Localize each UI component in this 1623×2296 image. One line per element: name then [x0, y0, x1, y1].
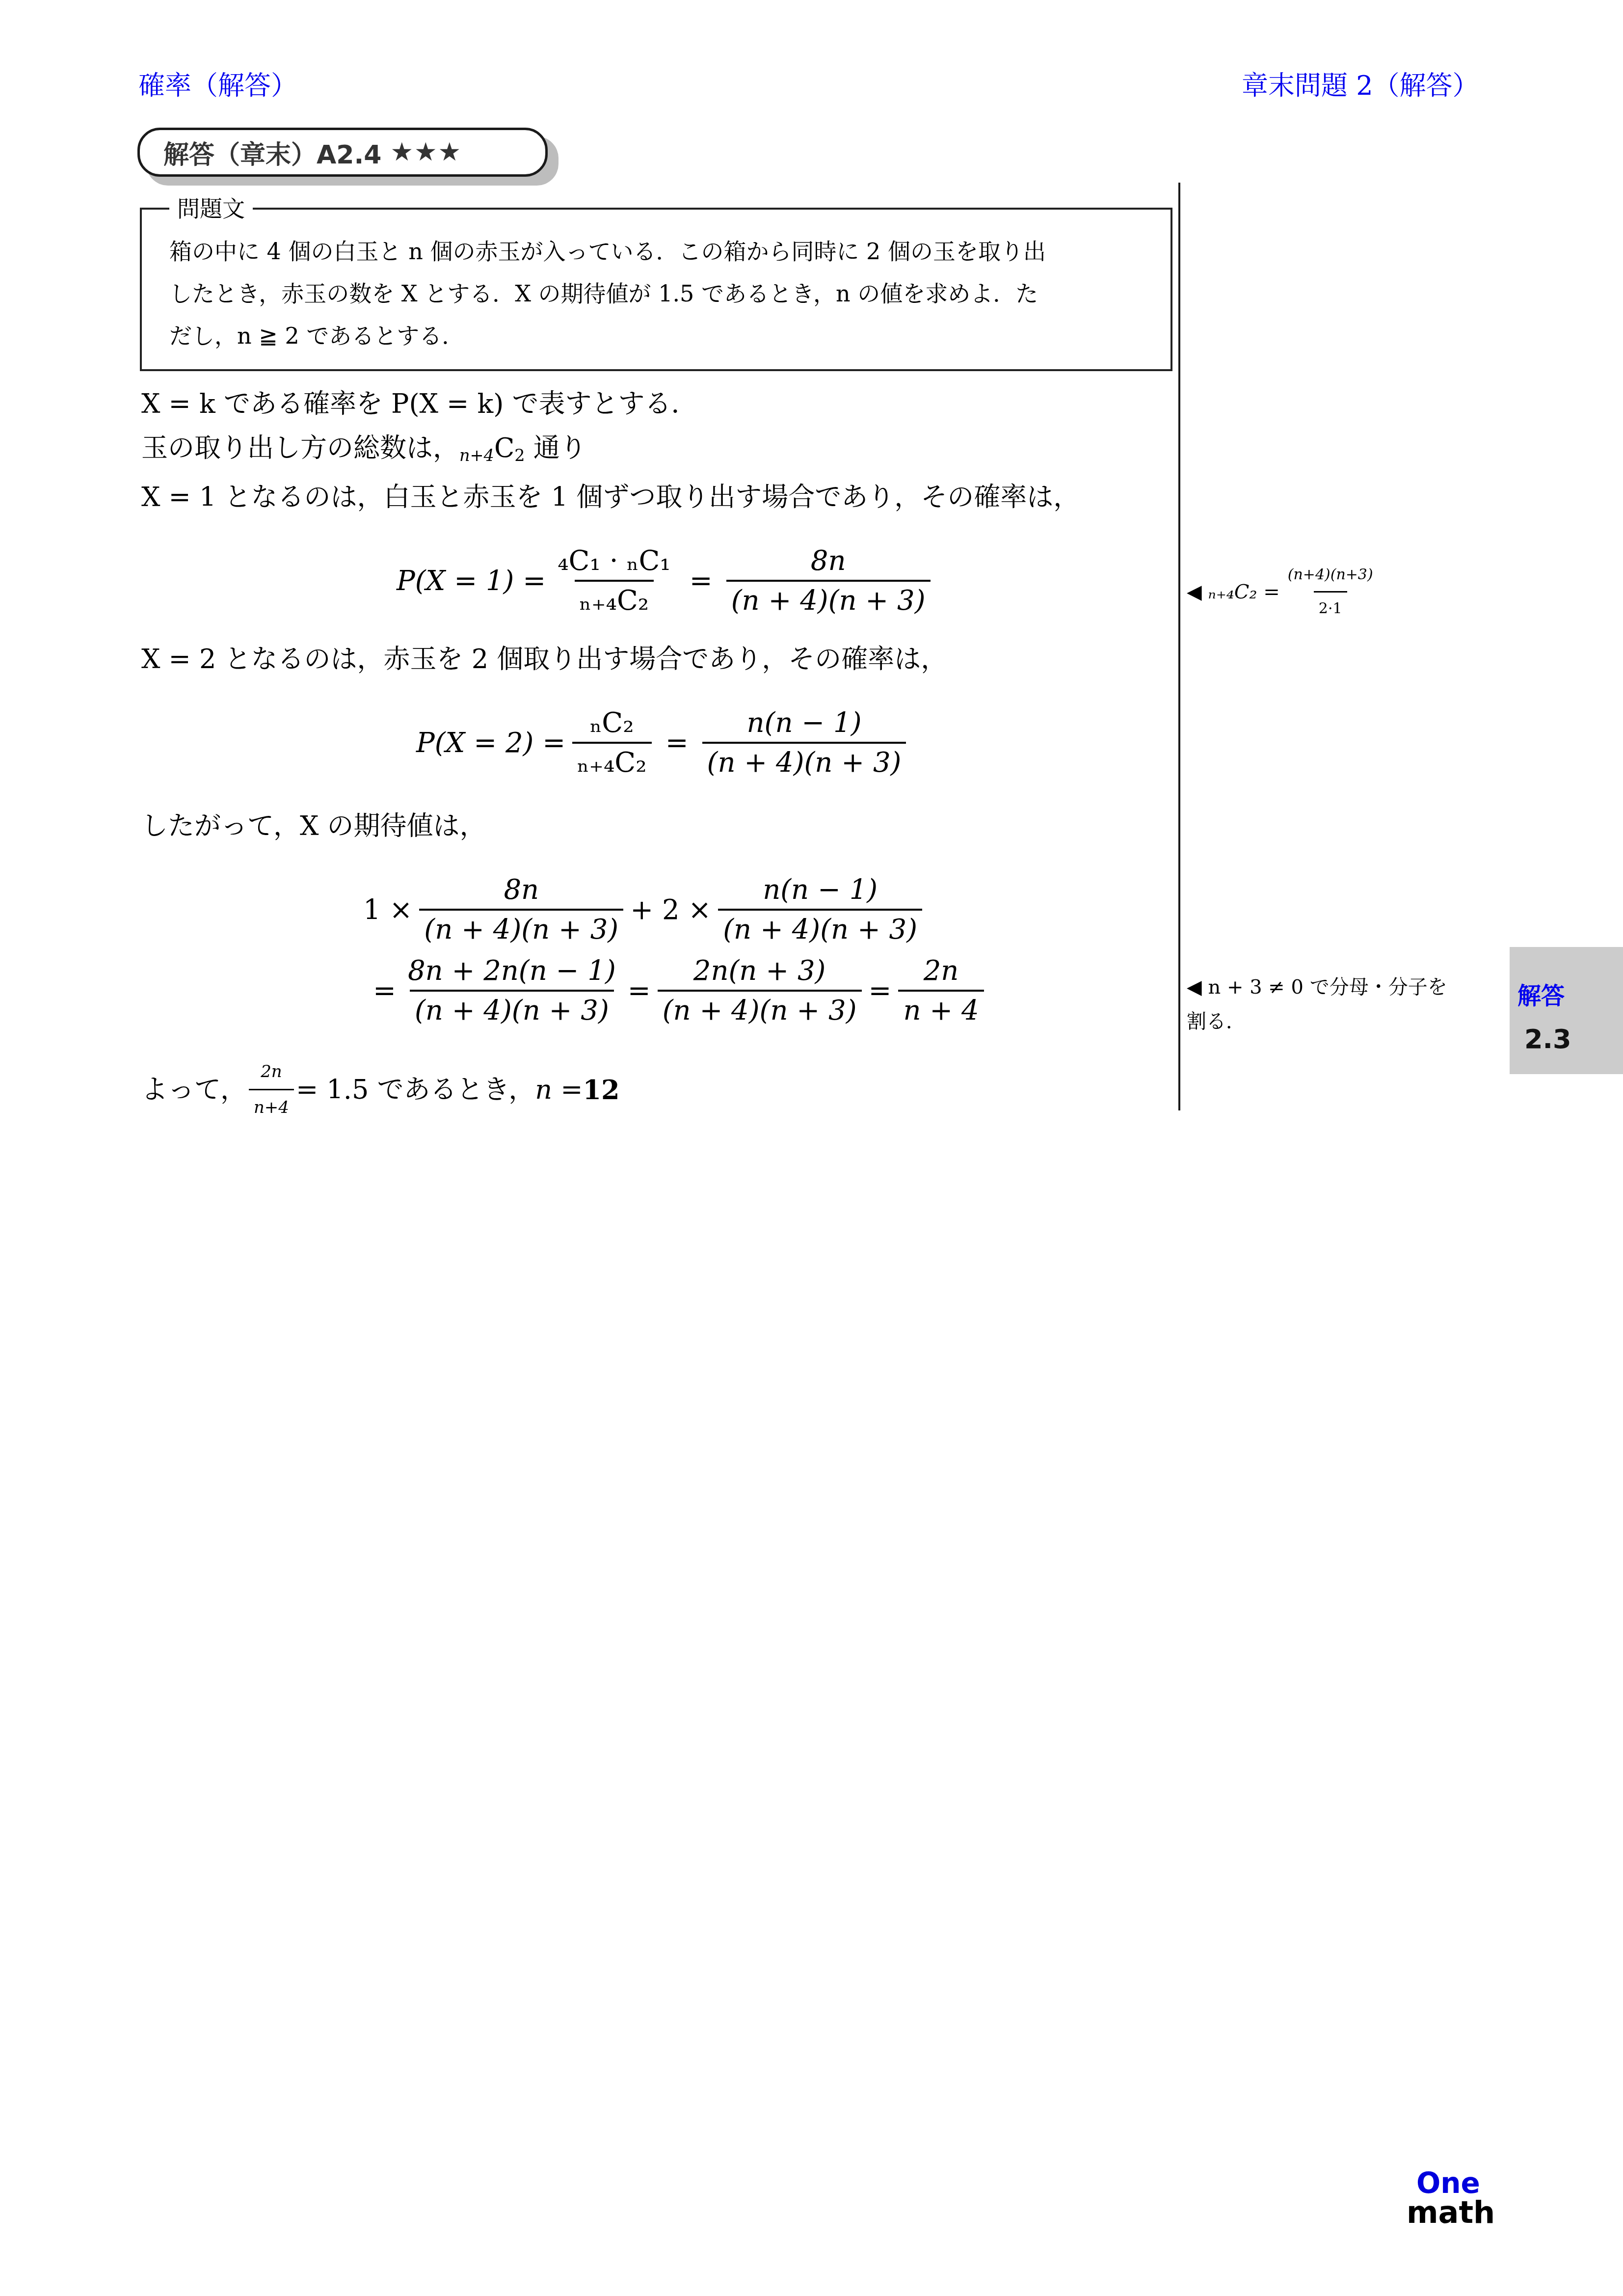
- solution-line-2-suffix: 通り: [525, 432, 586, 463]
- eq2-numerator: ₙC₂: [585, 707, 639, 742]
- eq3-row1-f2-num: n(n − 1): [758, 874, 882, 909]
- final-answer: 12: [583, 1074, 619, 1106]
- note-marker-icon: ◀: [1187, 577, 1202, 607]
- problem-line-1: 箱の中に 4 個の白玉と n 個の赤玉が入っている．この箱から同時に 2 個の玉…: [169, 237, 1046, 266]
- solution-line-2: 玉の取り出し方の総数は，n+4C2 通り: [141, 432, 586, 472]
- problem-title: 解答（章末）A2.4 ★★★: [137, 128, 548, 177]
- equation-expectation-row-2: = 8n + 2n(n − 1) (n + 4)(n + 3) = 2n(n +…: [373, 955, 991, 1026]
- eq3-row2-f2-den: (n + 4)(n + 3): [658, 990, 862, 1026]
- eq1-lhs: P(X = 1) =: [397, 565, 546, 597]
- margin-note-cancel-line-1: ◀ n + 3 ≠ 0 で分母・分子を: [1187, 972, 1447, 1002]
- combination-sub-index: 2: [514, 446, 525, 465]
- solution-line-1: X = k である確率を P(X = k) で表すとする．: [141, 388, 697, 420]
- eq3-row2-fraction-1: 8n + 2n(n − 1) (n + 4)(n + 3): [403, 955, 621, 1026]
- margin-note-combination: ◀ ₙ₊₄C₂ = (n+4)(n+3) 2·1: [1187, 560, 1381, 624]
- eq1-fraction: ₄C₁ · ₙC₁ ₙ₊₄C₂: [553, 545, 676, 617]
- eq3-row1-f1-num: 8n: [499, 874, 544, 909]
- conclusion-mid: = 1.5 であるとき，: [296, 1074, 535, 1106]
- eq3-row2-f2-num: 2n(n + 3): [689, 955, 831, 990]
- eq1-equals: =: [690, 565, 713, 597]
- eq1-result-denominator: (n + 4)(n + 3): [726, 580, 931, 617]
- margin-note-cancel-line-2: 割る．: [1187, 1006, 1246, 1037]
- eq3-row1-fraction-1: 8n (n + 4)(n + 3): [419, 874, 623, 945]
- conclusion-prefix: よって，: [141, 1074, 247, 1106]
- eq3-row2-f3-num: 2n: [919, 955, 964, 990]
- eq3-row1-coef-2: + 2 ×: [630, 894, 711, 926]
- eq3-row1-fraction-2: n(n − 1) (n + 4)(n + 3): [718, 874, 922, 945]
- note1-fraction: (n+4)(n+3) 2·1: [1283, 560, 1378, 624]
- logo-math-text: math: [1407, 2197, 1495, 2228]
- eq2-result-denominator: (n + 4)(n + 3): [702, 742, 906, 779]
- solution-line-5: したがって，X の期待値は，: [141, 810, 486, 842]
- problem-line-3: だし，n ≧ 2 であるとする．: [169, 321, 464, 351]
- eq2-denominator: ₙ₊₄C₂: [572, 742, 652, 779]
- problem-line-2: したとき，赤玉の数を X とする．X の期待値が 1.5 であるとき，n の値を…: [169, 279, 1038, 308]
- eq2-result-fraction: n(n − 1) (n + 4)(n + 3): [702, 707, 906, 779]
- conclusion-variable: n =: [535, 1074, 583, 1106]
- eq3-row2-equals-3: =: [869, 975, 892, 1007]
- eq3-row1-coef-1: 1 ×: [363, 894, 412, 926]
- running-header-right: 章末問題 2（解答）: [1242, 69, 1479, 103]
- eq1-result-numerator: 8n: [806, 545, 851, 580]
- eq1-numerator: ₄C₁ · ₙC₁: [553, 545, 676, 580]
- eq3-row2-f1-den: (n + 4)(n + 3): [410, 990, 614, 1026]
- eq1-result-fraction: 8n (n + 4)(n + 3): [726, 545, 931, 617]
- eq3-row2-fraction-2: 2n(n + 3) (n + 4)(n + 3): [658, 955, 862, 1026]
- solution-line-2-text: 玉の取り出し方の総数は，: [141, 432, 459, 463]
- eq3-row1-f2-den: (n + 4)(n + 3): [718, 909, 922, 945]
- eq3-row2-f1-num: 8n + 2n(n − 1): [403, 955, 621, 990]
- eq3-row1-f1-den: (n + 4)(n + 3): [419, 909, 623, 945]
- section-tab-label: 解答: [1517, 977, 1565, 1011]
- section-tab-number: 2.3: [1524, 1024, 1571, 1054]
- eq3-row2-equals-1: =: [373, 975, 396, 1007]
- eq2-result-numerator: n(n − 1): [742, 707, 867, 742]
- eq3-row2-equals-2: =: [628, 975, 651, 1007]
- eq2-fraction: ₙC₂ ₙ₊₄C₂: [572, 707, 652, 779]
- onemath-logo: One math: [1407, 2169, 1495, 2228]
- eq2-equals: =: [665, 727, 689, 759]
- eq3-row2-f3-den: n + 4: [898, 990, 984, 1026]
- eq3-row2-fraction-3: 2n n + 4: [898, 955, 984, 1026]
- logo-one-text: One: [1416, 2169, 1495, 2197]
- eq2-lhs: P(X = 2) =: [416, 727, 565, 759]
- solution-line-4: X = 2 となるのは，赤玉を 2 個取り出す場合であり，その確率は，: [141, 643, 947, 675]
- problem-title-label: 解答（章末）A2.4: [163, 134, 381, 171]
- conclusion-frac-num: 2n: [256, 1055, 287, 1089]
- equation-p-x1: P(X = 1) = ₄C₁ · ₙC₁ ₙ₊₄C₂ = 8n (n + 4)(…: [397, 545, 937, 617]
- note1-lhs: ₙ₊₄C₂ =: [1208, 577, 1279, 607]
- combination-symbol: C: [494, 432, 514, 463]
- running-header-left: 確率（解答）: [138, 69, 297, 103]
- note1-denominator: 2·1: [1314, 591, 1347, 624]
- difficulty-stars-icon: ★★★: [390, 137, 462, 167]
- solution-conclusion: よって， 2n n+4 = 1.5 であるとき， n = 12: [141, 1055, 620, 1124]
- note1-numerator: (n+4)(n+3): [1283, 560, 1378, 591]
- eq1-denominator: ₙ₊₄C₂: [575, 580, 654, 617]
- conclusion-frac-den: n+4: [249, 1089, 294, 1124]
- conclusion-fraction: 2n n+4: [249, 1055, 294, 1124]
- solution-line-3: X = 1 となるのは，白玉と赤玉を 1 個ずつ取り出す場合であり，その確率は，: [141, 481, 1080, 513]
- equation-p-x2: P(X = 2) = ₙC₂ ₙ₊₄C₂ = n(n − 1) (n + 4)(…: [416, 707, 913, 779]
- combination-pre-index: n+4: [459, 446, 494, 465]
- margin-divider: [1178, 183, 1180, 1110]
- problem-legend: 問題文: [169, 195, 253, 222]
- equation-expectation-row-1: 1 × 8n (n + 4)(n + 3) + 2 × n(n − 1) (n …: [363, 874, 929, 945]
